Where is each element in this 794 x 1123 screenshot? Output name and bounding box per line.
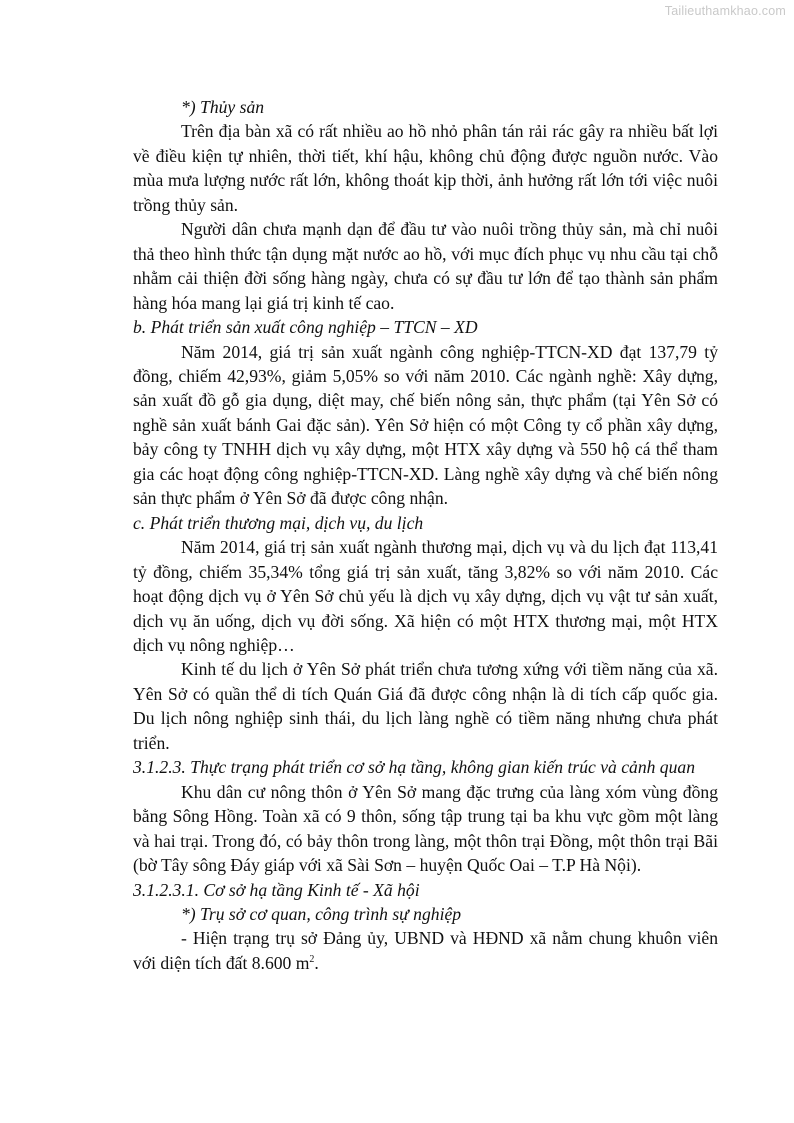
section-heading-infrastructure: 3.1.2.3. Thực trạng phát triển cơ sở hạ … bbox=[133, 755, 718, 779]
section-heading-industry: b. Phát triển sản xuất công nghiệp – TTC… bbox=[133, 315, 718, 339]
paragraph: Khu dân cư nông thôn ở Yên Sở mang đặc t… bbox=[133, 780, 718, 878]
paragraph: Người dân chưa mạnh dạn để đầu tư vào nu… bbox=[133, 217, 718, 315]
paragraph-last: - Hiện trạng trụ sở Đảng ủy, UBND và HĐN… bbox=[133, 926, 718, 975]
document-page: *) Thủy sản Trên địa bàn xã có rất nhiều… bbox=[133, 95, 718, 975]
paragraph-text: - Hiện trạng trụ sở Đảng ủy, UBND và HĐN… bbox=[133, 928, 718, 972]
subheading-offices: *) Trụ sở cơ quan, công trình sự nghiệp bbox=[133, 902, 718, 926]
section-heading-commerce: c. Phát triển thương mại, dịch vụ, du lị… bbox=[133, 511, 718, 535]
subheading-aquaculture: *) Thủy sản bbox=[133, 95, 718, 119]
paragraph: Kinh tế du lịch ở Yên Sở phát triển chưa… bbox=[133, 657, 718, 755]
paragraph-tail: . bbox=[314, 953, 318, 973]
section-heading-socioeconomic-infrastructure: 3.1.2.3.1. Cơ sở hạ tầng Kinh tế - Xã hộ… bbox=[133, 878, 718, 902]
watermark: Tailieuthamkhao.com bbox=[665, 4, 786, 18]
paragraph: Năm 2014, giá trị sản xuất ngành thương … bbox=[133, 535, 718, 657]
paragraph: Trên địa bàn xã có rất nhiều ao hồ nhỏ p… bbox=[133, 119, 718, 217]
paragraph: Năm 2014, giá trị sản xuất ngành công ng… bbox=[133, 340, 718, 511]
